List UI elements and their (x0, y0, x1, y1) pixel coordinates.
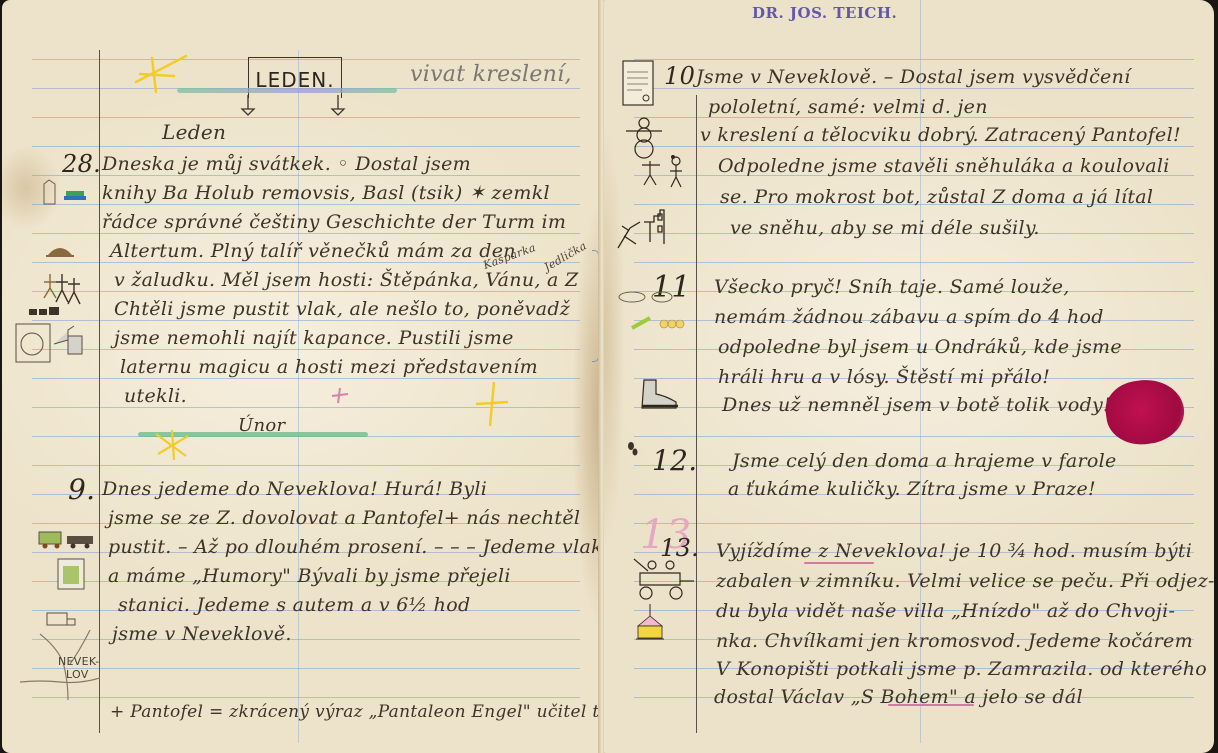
heading-box-legs-icon (230, 95, 350, 117)
bus-icon (45, 611, 81, 631)
framed-picture-icon (57, 558, 85, 590)
month-label-leden: Leden (162, 120, 226, 144)
pink-cross-icon (330, 386, 350, 404)
entry-line: knihy Ba Holub removsis, Basl (tsik) ✶ z… (102, 182, 550, 204)
month-label-unor: Únor (238, 415, 285, 436)
wreath-cake-icon (46, 241, 74, 257)
ruled-line (32, 697, 580, 698)
entry-date: 12. (652, 444, 697, 477)
ruled-line (634, 523, 1194, 524)
three-figures-icon (42, 272, 82, 312)
falling-figure-icon (614, 192, 674, 252)
ruled-line (32, 668, 580, 669)
ruled-line (32, 378, 580, 379)
entry-date: 28. (62, 150, 101, 178)
pink-underline (804, 562, 874, 564)
footnote: + Pantofel = zkrácený výraz „Pantaleon E… (110, 702, 600, 722)
entry-line: v kreslení a tělocviku dobrý. Zatracený … (700, 124, 1181, 146)
map-label: LOV (66, 668, 89, 681)
house-books-icon (42, 178, 90, 206)
entry-line: laternu magicu a hosti mezi představením (120, 356, 538, 378)
ruled-line (32, 146, 580, 147)
yellow-cross-icon (474, 380, 510, 428)
train-car-icon (37, 530, 95, 550)
entry-line: zabalen v zimníku. Velmi velice se peču.… (716, 570, 1214, 592)
ruled-line (634, 88, 1194, 89)
entry-line: Vyjíždíme z Neveklova! je 10 ¾ hod. musí… (716, 540, 1192, 562)
entry-line: V Konopišti potkali jsme p. Zamrazila. o… (716, 658, 1207, 680)
left-page: LEDEN. vivat kreslení, Leden 28. Dneska … (2, 0, 600, 753)
crayon-underline (177, 88, 397, 93)
entry-line: a máme „Humory" Bývali by jsme přejeli (108, 565, 511, 587)
chapel-icon (636, 604, 664, 644)
entry-line: nemám žádnou zábavu a spím do 4 hod (714, 306, 1104, 328)
map-label: NEVEK- (58, 655, 99, 668)
entry-line: Odpoledne jsme stavěli sněhuláka a koulo… (718, 155, 1170, 177)
entry-line: Dnes už nemněl jsem v botě tolik vody! (722, 394, 1111, 416)
entry-line: v žaludku. Měl jsem hosti: Štěpánka, Ván… (114, 269, 579, 291)
margin-note-vivat: vivat kreslení, (410, 62, 572, 87)
ruled-line (32, 233, 580, 234)
ruled-line (634, 262, 1194, 263)
entry-line: pustit. – Až po dlouhém prosení. – – – J… (108, 536, 600, 558)
entry-line: a ťukáme kuličky. Zítra jsme v Praze! (728, 478, 1096, 500)
ruled-line (32, 320, 580, 321)
snowman-figures-icon (624, 115, 694, 193)
entry-line: pololetní, samé: velmi d. jen (708, 96, 988, 118)
pink-underline (888, 704, 974, 706)
boot-icon (638, 378, 682, 410)
entry-line: jsme nemohli najít kapance. Pustili jsme (114, 327, 514, 349)
entry-line: Dnes jedeme do Neveklova! Hurá! Byli (102, 478, 487, 500)
ruled-line (32, 349, 580, 350)
puddles-icon (618, 290, 678, 304)
ruled-line (32, 117, 580, 118)
ruled-line (32, 175, 580, 176)
entry-line: Všecko pryč! Sníh taje. Samé louže, (714, 276, 1070, 298)
ink-dots-icon (626, 440, 640, 458)
entry-date: 10 (664, 62, 695, 90)
stick-coins-icon (630, 312, 690, 332)
entry-line: odpoledne byl jsem u Ondráků, kde jsme (718, 336, 1122, 358)
ruled-line (32, 291, 580, 292)
toy-train-icon (29, 307, 59, 319)
ruled-line (634, 436, 1194, 437)
carriage-icon (632, 555, 696, 601)
yellow-star-icon (152, 428, 192, 462)
ink-blot (1102, 375, 1188, 449)
entry-line: ve sněhu, aby se mi déle sušily. (730, 217, 1040, 239)
ruled-line (32, 204, 580, 205)
ruled-line (32, 465, 580, 466)
ruled-line (634, 146, 1194, 147)
entry-line: stanici. Jedeme s autem a v 6½ hod (118, 594, 470, 616)
owner-stamp: DR. JOS. TEICH. (752, 4, 897, 22)
entry-line: Chtěli jsme pustit vlak, ale nešlo to, p… (114, 298, 570, 320)
entry-line: Jsme v Neveklově. – Dostal jsem vysvědče… (696, 66, 1131, 88)
entry-line: nka. Chvílkami jen kromosvod. Jedeme koč… (716, 630, 1193, 652)
entry-line: jsme se ze Z. dovolovat a Pantofel+ nás … (108, 507, 580, 529)
entry-line: Dneska je můj svátkek. ◦ Dostal jsem (102, 153, 471, 175)
entry-line: hráli hru a v lósy. Štěstí mi přálo! (718, 366, 1050, 388)
entry-line: Altertum. Plný talíř věnečků mám za den (110, 240, 516, 262)
magic-lantern-icon (14, 322, 84, 366)
entry-line: jsme v Neveklově. (112, 623, 292, 645)
entry-line: se. Pro mokrost bot, zůstal Z doma a já … (720, 186, 1153, 208)
report-card-icon (622, 60, 656, 108)
right-page: DR. JOS. TEICH. 10 Jsme v Neveklově. – D… (604, 0, 1214, 753)
entry-line: du byla vidět naše villa „Hnízdo" až do … (716, 600, 1175, 622)
entry-line: Jsme celý den doma a hrajeme v farole (732, 450, 1117, 472)
margin-line (696, 95, 697, 733)
entry-date: 9. (68, 473, 95, 506)
entry-line: řádce správné češtiny Geschichte der Tur… (102, 211, 566, 233)
entry-line: utekli. (124, 385, 187, 407)
ruled-line (634, 59, 1194, 60)
